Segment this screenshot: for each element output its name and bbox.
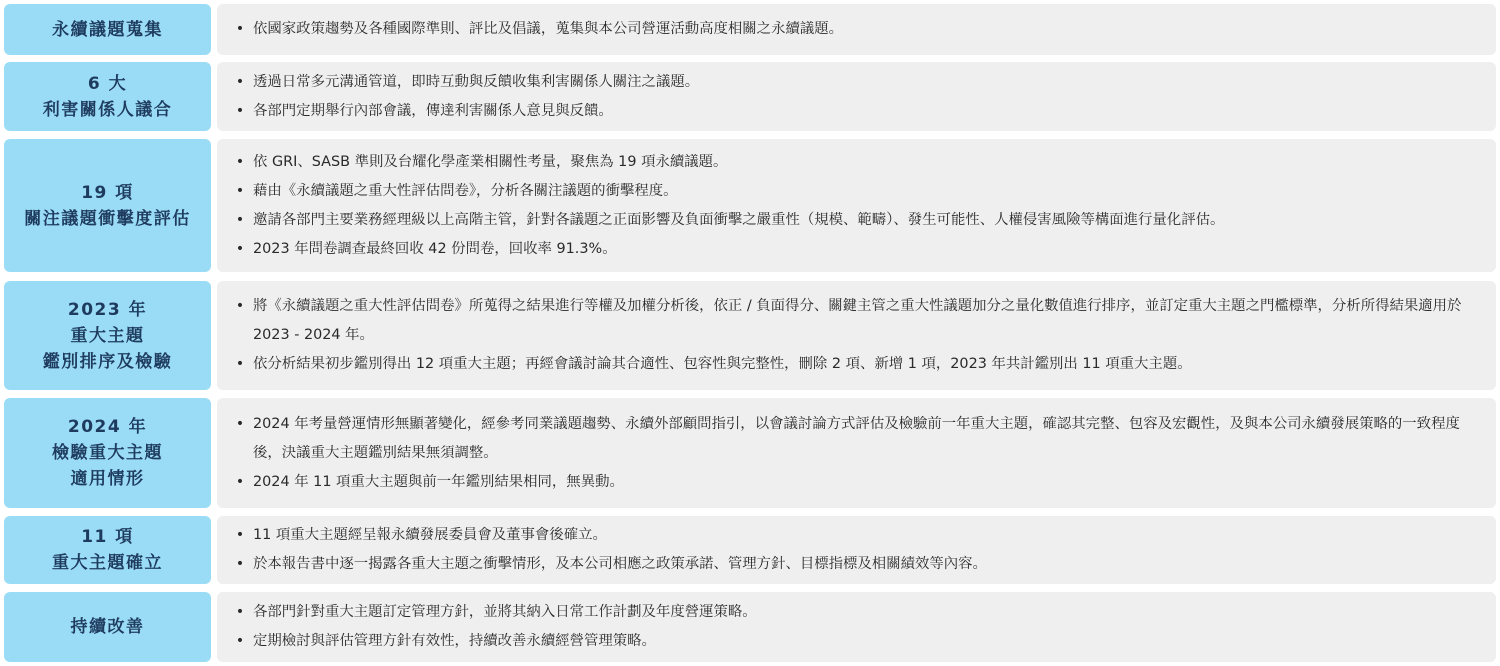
bullet-icon: • [227, 410, 253, 439]
step-label: 2023 年 重大主題 鑑別排序及檢驗 [4, 281, 211, 390]
step-row-2024-review: 2024 年 檢驗重大主題 適用情形 • 2024 年考量營運情形無顯著變化，經… [4, 398, 1496, 508]
bullet-text: 2024 年 11 項重大主題與前一年鑑別結果相同，無異動。 [253, 468, 1482, 497]
step-row-issue-collection: 永續議題蒐集 • 依國家政策趨勢及各種國際準則、評比及倡議，蒐集與本公司營運活動… [4, 4, 1496, 55]
bullet-text: 各部門針對重大主題訂定管理方針，並將其納入日常工作計劃及年度營運策略。 [253, 598, 1482, 627]
step-row-continuous-improvement: 持續改善 • 各部門針對重大主題訂定管理方針，並將其納入日常工作計劃及年度營運策… [4, 592, 1496, 662]
bullet-item: • 依國家政策趨勢及各種國際準則、評比及倡議，蒐集與本公司營運活動高度相關之永續… [227, 15, 1482, 44]
bullet-icon: • [227, 292, 253, 321]
bullet-icon: • [227, 68, 253, 97]
step-row-topics-confirmed: 11 項 重大主題確立 • 11 項重大主題經呈報永續發展委員會及董事會後確立。… [4, 516, 1496, 584]
step-label: 持續改善 [4, 592, 211, 662]
step-label-line: 檢驗重大主題 [52, 440, 163, 466]
bullet-text: 依分析結果初步鑑別得出 12 項重大主題；再經會議討論其合適性、包容性與完整性，… [253, 350, 1482, 379]
step-label-line: 鑑別排序及檢驗 [43, 349, 173, 375]
bullet-text: 各部門定期舉行內部會議，傳達利害關係人意見與反饋。 [253, 97, 1482, 126]
step-label: 2024 年 檢驗重大主題 適用情形 [4, 398, 211, 508]
step-label: 6 大 利害關係人議合 [4, 62, 211, 131]
step-label-line: 重大主題 [71, 323, 145, 349]
bullet-icon: • [227, 598, 253, 627]
step-row-stakeholder-engagement: 6 大 利害關係人議合 • 透過日常多元溝通管道，即時互動與反饋收集利害關係人關… [4, 62, 1496, 131]
step-content: • 各部門針對重大主題訂定管理方針，並將其納入日常工作計劃及年度營運策略。 • … [217, 592, 1496, 662]
bullet-text: 11 項重大主題經呈報永續發展委員會及董事會後確立。 [253, 521, 1482, 550]
bullet-icon: • [227, 627, 253, 656]
step-content: • 11 項重大主題經呈報永續發展委員會及董事會後確立。 • 於本報告書中逐一揭… [217, 516, 1496, 584]
step-row-2023-ranking: 2023 年 重大主題 鑑別排序及檢驗 • 將《永續議題之重大性評估問卷》所蒐得… [4, 281, 1496, 390]
bullet-text: 依國家政策趨勢及各種國際準則、評比及倡議，蒐集與本公司營運活動高度相關之永續議題… [253, 15, 1482, 44]
bullet-icon: • [227, 206, 253, 235]
step-label-line: 持續改善 [71, 614, 145, 640]
bullet-icon: • [227, 468, 253, 497]
bullet-icon: • [227, 97, 253, 126]
step-content: • 依國家政策趨勢及各種國際準則、評比及倡議，蒐集與本公司營運活動高度相關之永續… [217, 4, 1496, 55]
bullet-text: 2023 年問卷調查最終回收 42 份問卷，回收率 91.3%。 [253, 235, 1482, 264]
step-label: 19 項 關注議題衝擊度評估 [4, 139, 211, 272]
step-content: • 依 GRI、SASB 準則及台耀化學產業相關性考量，聚焦為 19 項永續議題… [217, 139, 1496, 272]
bullet-text: 邀請各部門主要業務經理級以上高階主管，針對各議題之正面影響及負面衝擊之嚴重性（規… [253, 206, 1482, 235]
bullet-text: 依 GRI、SASB 準則及台耀化學產業相關性考量，聚焦為 19 項永續議題。 [253, 148, 1482, 177]
step-label-line: 6 大 [88, 71, 127, 97]
step-label: 永續議題蒐集 [4, 4, 211, 55]
step-content: • 2024 年考量營運情形無顯著變化，經參考同業議題趨勢、永續外部顧問指引，以… [217, 398, 1496, 508]
step-label-line: 永續議題蒐集 [52, 17, 163, 43]
bullet-text: 於本報告書中逐一揭露各重大主題之衝擊情形，及本公司相應之政策承諾、管理方針、目標… [253, 550, 1482, 579]
bullet-item: • 11 項重大主題經呈報永續發展委員會及董事會後確立。 [227, 521, 1482, 550]
bullet-item: • 各部門針對重大主題訂定管理方針，並將其納入日常工作計劃及年度營運策略。 [227, 598, 1482, 627]
bullet-text: 2024 年考量營運情形無顯著變化，經參考同業議題趨勢、永續外部顧問指引，以會議… [253, 410, 1482, 468]
step-content: • 將《永續議題之重大性評估問卷》所蒐得之結果進行等權及加權分析後，依正 / 負… [217, 281, 1496, 390]
bullet-item: • 各部門定期舉行內部會議，傳達利害關係人意見與反饋。 [227, 97, 1482, 126]
step-label-line: 2023 年 [68, 297, 147, 323]
step-label-line: 利害關係人議合 [43, 97, 173, 123]
bullet-icon: • [227, 148, 253, 177]
step-label: 11 項 重大主題確立 [4, 516, 211, 584]
bullet-item: • 2024 年考量營運情形無顯著變化，經參考同業議題趨勢、永續外部顧問指引，以… [227, 410, 1482, 468]
step-label-line: 適用情形 [71, 466, 145, 492]
bullet-text: 將《永續議題之重大性評估問卷》所蒐得之結果進行等權及加權分析後，依正 / 負面得… [253, 292, 1482, 350]
bullet-item: • 依分析結果初步鑑別得出 12 項重大主題；再經會議討論其合適性、包容性與完整… [227, 350, 1482, 379]
step-label-line: 2024 年 [68, 414, 147, 440]
bullet-item: • 2024 年 11 項重大主題與前一年鑑別結果相同，無異動。 [227, 468, 1482, 497]
step-label-line: 關注議題衝擊度評估 [24, 206, 191, 232]
bullet-item: • 於本報告書中逐一揭露各重大主題之衝擊情形，及本公司相應之政策承諾、管理方針、… [227, 550, 1482, 579]
bullet-icon: • [227, 235, 253, 264]
step-label-line: 11 項 [81, 524, 134, 550]
bullet-icon: • [227, 177, 253, 206]
bullet-text: 透過日常多元溝通管道，即時互動與反饋收集利害關係人關注之議題。 [253, 68, 1482, 97]
bullet-item: • 透過日常多元溝通管道，即時互動與反饋收集利害關係人關注之議題。 [227, 68, 1482, 97]
step-content: • 透過日常多元溝通管道，即時互動與反饋收集利害關係人關注之議題。 • 各部門定… [217, 62, 1496, 131]
step-row-impact-assessment: 19 項 關注議題衝擊度評估 • 依 GRI、SASB 準則及台耀化學產業相關性… [4, 139, 1496, 272]
bullet-item: • 將《永續議題之重大性評估問卷》所蒐得之結果進行等權及加權分析後，依正 / 負… [227, 292, 1482, 350]
bullet-item: • 邀請各部門主要業務經理級以上高階主管，針對各議題之正面影響及負面衝擊之嚴重性… [227, 206, 1482, 235]
step-label-line: 重大主題確立 [52, 550, 163, 576]
bullet-text: 藉由《永續議題之重大性評估問卷》，分析各關注議題的衝擊程度。 [253, 177, 1482, 206]
bullet-icon: • [227, 550, 253, 579]
bullet-icon: • [227, 521, 253, 550]
bullet-text: 定期檢討與評估管理方針有效性，持續改善永續經營管理策略。 [253, 627, 1482, 656]
step-label-line: 19 項 [81, 180, 134, 206]
bullet-icon: • [227, 15, 253, 44]
bullet-icon: • [227, 350, 253, 379]
bullet-item: • 依 GRI、SASB 準則及台耀化學產業相關性考量，聚焦為 19 項永續議題… [227, 148, 1482, 177]
bullet-item: • 2023 年問卷調查最終回收 42 份問卷，回收率 91.3%。 [227, 235, 1482, 264]
bullet-item: • 定期檢討與評估管理方針有效性，持續改善永續經營管理策略。 [227, 627, 1482, 656]
bullet-item: • 藉由《永續議題之重大性評估問卷》，分析各關注議題的衝擊程度。 [227, 177, 1482, 206]
